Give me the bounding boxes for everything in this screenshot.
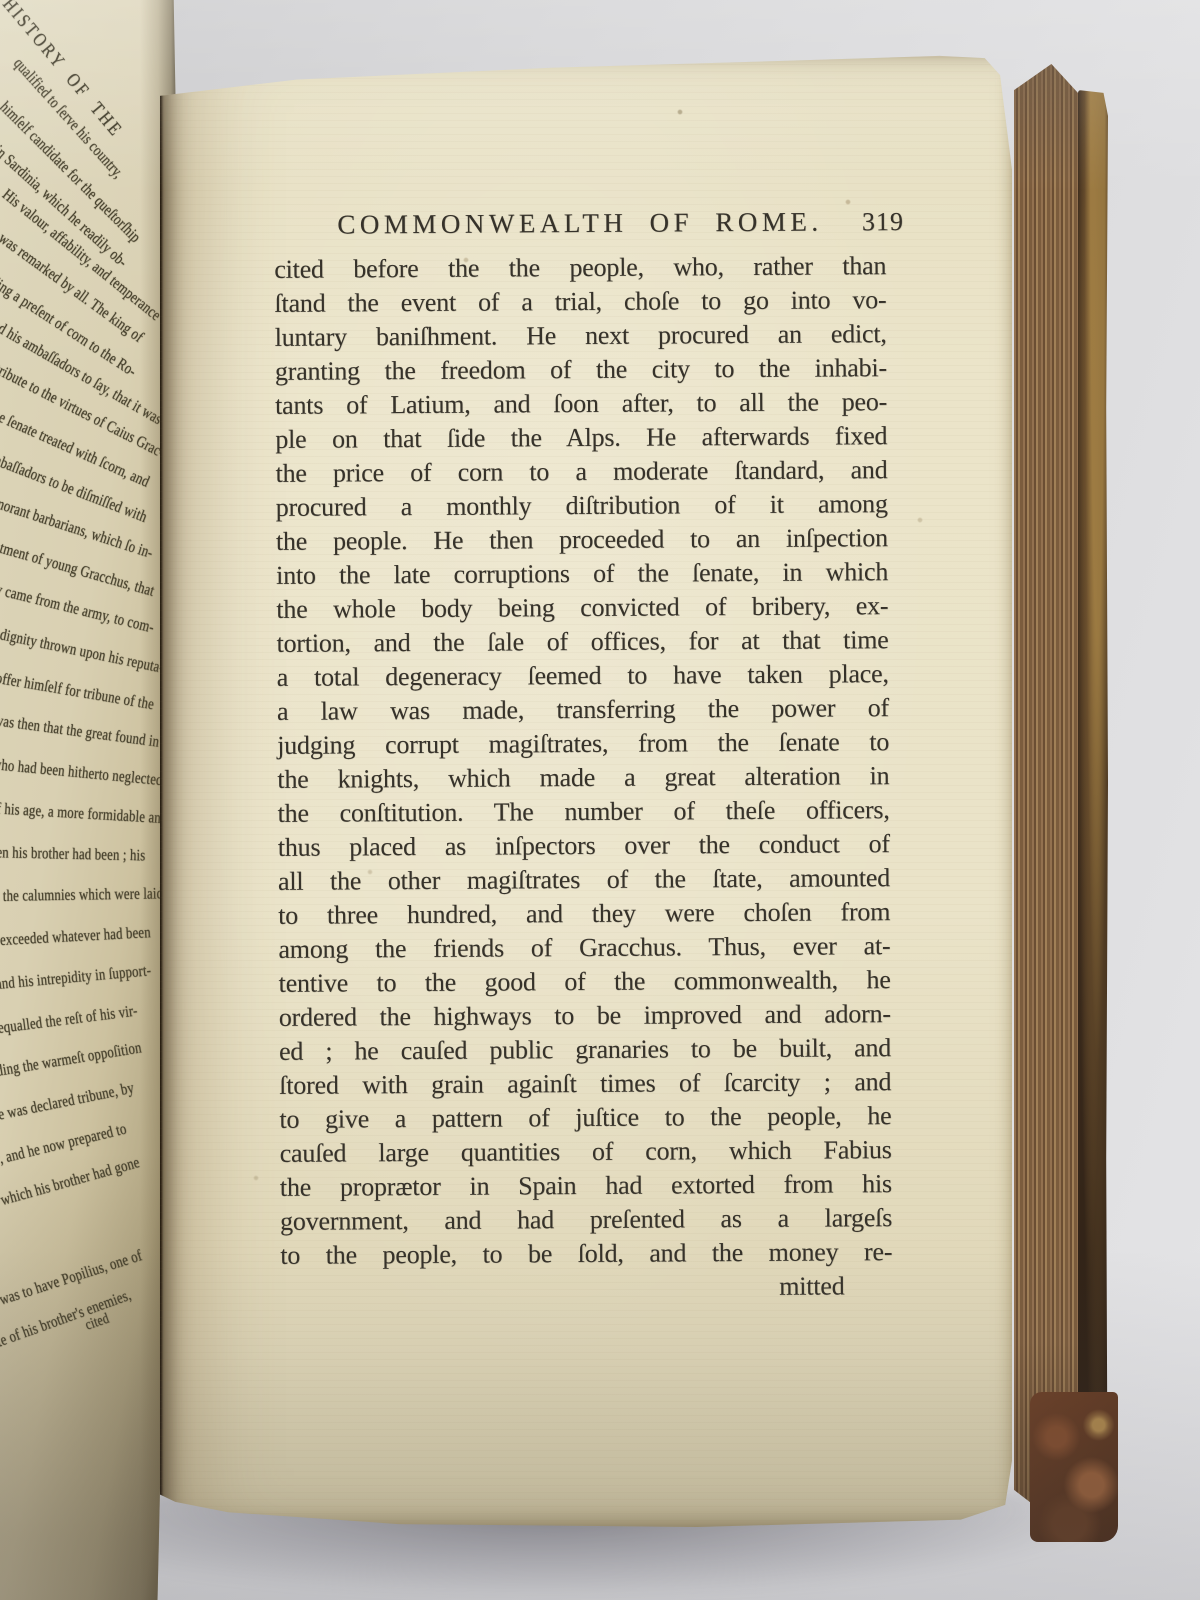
text-line: procured a monthly diſtribution of it am… [276, 487, 888, 525]
text-line: ſtand the event of a trial, choſe to go … [274, 283, 886, 321]
book-photograph: HISTORY OF THE qualified to ſerve his co… [0, 0, 1200, 1600]
left-page-text-fragment: he was declared tribune, by [0, 1080, 136, 1126]
left-page: HISTORY OF THE qualified to ſerve his co… [0, 0, 180, 1600]
text-line: a total degeneracy ſeemed to have taken … [277, 657, 889, 695]
text-line: government, and had preſented as a large… [280, 1201, 892, 1239]
marbled-cover-corner [1030, 1392, 1118, 1542]
text-line: all the other magiſtrates of the ſtate, … [278, 861, 890, 899]
cover-board-edge [1078, 90, 1108, 1534]
text-line: tants of Latium, and ſoon after, to all … [275, 385, 887, 423]
left-page-text-fragment: was then that the great found in [0, 712, 160, 752]
text-line: granting the freedom of the city to the … [275, 351, 887, 389]
page-number: 319 [862, 207, 904, 237]
left-page-text-fragment: even his brother had been ; his [0, 844, 146, 865]
text-line: ſtored with grain againſt times of ſcarc… [279, 1065, 891, 1103]
text-line: luntary baniſhment. He next procured an … [275, 317, 887, 355]
left-page-text-fragment: equalled the reſt of his vir- [0, 1002, 139, 1037]
text-line: tentive to the good of the commonwealth,… [279, 963, 891, 1001]
right-page: COMMONWEALTH OF ROME. 319 cited before t… [160, 50, 1012, 1530]
fore-edge-page-block [1014, 64, 1082, 1516]
text-line: the people. He then proceeded to an inſp… [276, 521, 888, 559]
text-line: the knights, which made a great alterati… [277, 759, 889, 797]
text-line: among the friends of Gracchus. Thus, eve… [278, 929, 890, 967]
left-page-text-fragment: ſt the calumnies which were laid [0, 885, 163, 906]
text-line: to the people, to be ſold, and the money… [280, 1235, 892, 1273]
text-line: into the late corruptions of the ſenate,… [276, 555, 888, 593]
left-page-text-fragment: and his intrepidity in ſupport- [0, 962, 152, 994]
text-block: cited before the the people, who, rather… [274, 249, 892, 1307]
left-page-text-fragment: who had been hitherto neglected [0, 756, 163, 790]
left-page-text-fragment: nding the warmeſt oppoſition [0, 1039, 143, 1082]
text-line: to give a pattern of juſtice to the peop… [279, 1099, 891, 1137]
text-line: judging corrupt magiſtrates, from the ſe… [277, 725, 889, 763]
text-line: ordered the highways to be improved and … [279, 997, 891, 1035]
right-page-text: COMMONWEALTH OF ROME. 319 cited before t… [274, 206, 886, 244]
text-line: cauſed large quantities of corn, which F… [280, 1133, 892, 1171]
text-line: ed ; he cauſed public granaries to be bu… [279, 1031, 891, 1069]
text-line: thus placed as inſpectors over the condu… [278, 827, 890, 865]
running-header-title: COMMONWEALTH OF ROME. [337, 207, 822, 240]
left-page-text-fragment: exceeded whatever had been [0, 924, 151, 950]
catchword: mitted [280, 1269, 892, 1307]
text-line: to three hundred, and they were choſen f… [278, 895, 890, 933]
text-line: ple on that ſide the Alps. He afterwards… [275, 419, 887, 457]
text-line: the price of corn to a moderate ſtandard… [275, 453, 887, 491]
text-line: the proprætor in Spain had extorted from… [280, 1167, 892, 1205]
text-line: cited before the the people, who, rather… [274, 249, 886, 287]
text-line: the conſtitution. The number of theſe of… [277, 793, 889, 831]
page-header-row: COMMONWEALTH OF ROME. 319 [274, 206, 886, 244]
text-line: tortion, and the ſale of offices, for at… [276, 623, 888, 661]
text-line: a law was made, transferring the power o… [277, 691, 889, 729]
text-line: the whole body being convicted of briber… [276, 589, 888, 627]
left-page-text-fragment: of his age, a more formidable an- [0, 800, 166, 828]
left-page-text-fragment: o offer himſelf for tribune of the [0, 668, 155, 714]
